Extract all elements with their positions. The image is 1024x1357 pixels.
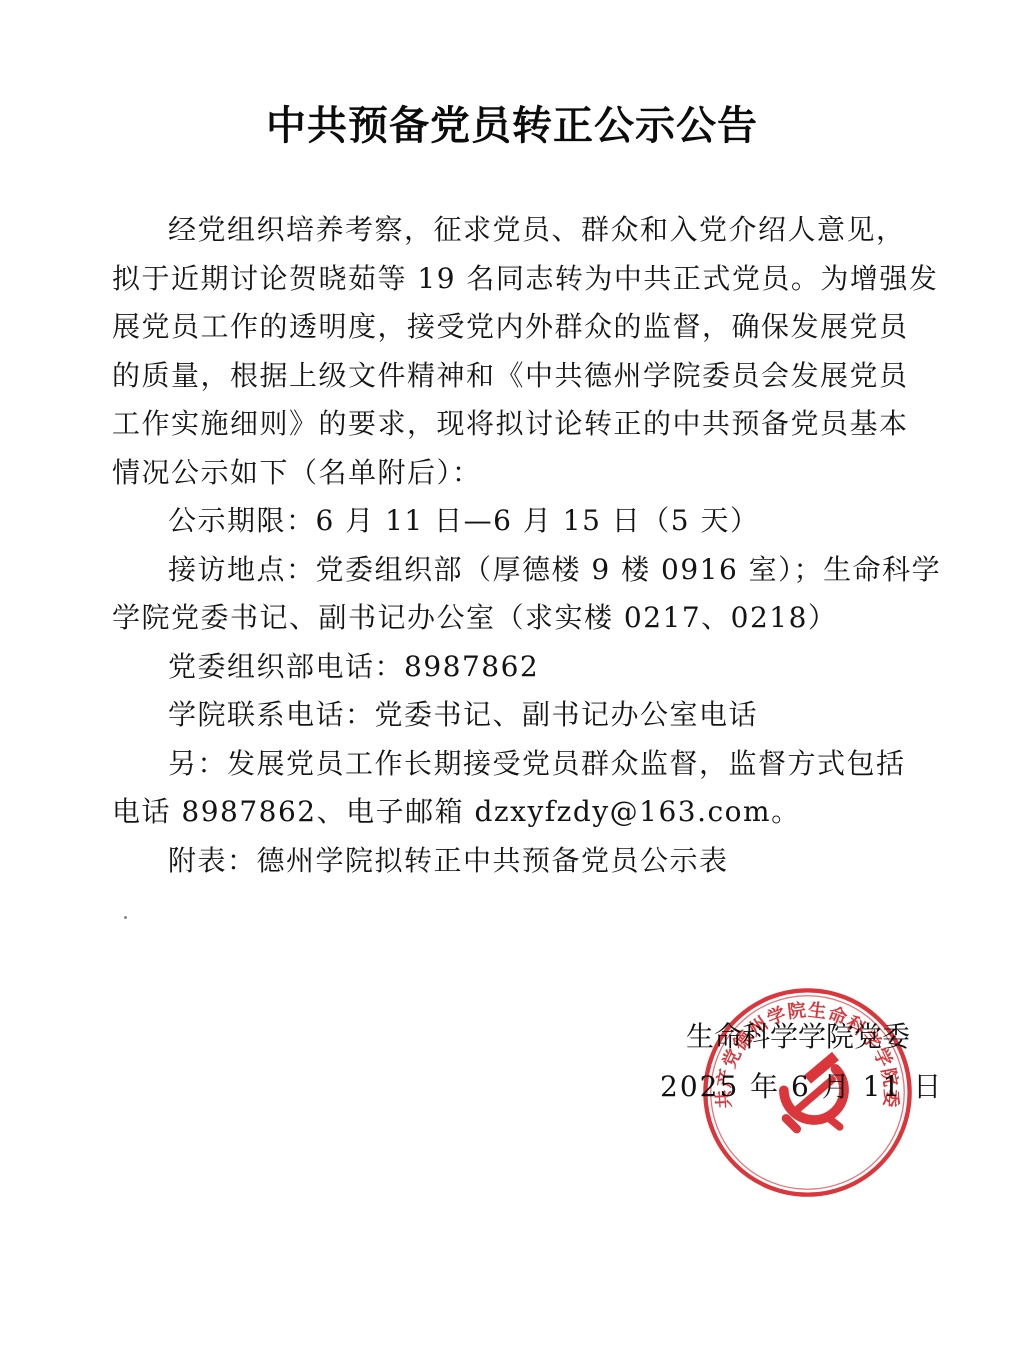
supervision-paragraph: 另：发展党员工作长期接受党员群众监督，监督方式包括 电话 8987862、电子邮… [112, 740, 912, 837]
issue-date: 2025 年 6 月 11 日 [660, 1062, 910, 1112]
document-page: 中共预备党员转正公示公告 经党组织培养考察，征求党员、群众和入党介绍人意见， 拟… [0, 0, 1024, 1357]
supervision-line: 电话 8987862、电子邮箱 dzxyfzdy@163.com。 [112, 788, 912, 837]
college-phone: 学院联系电话：党委书记、副书记办公室电话 [112, 691, 912, 740]
document-title: 中共预备党员转正公示公告 [0, 96, 1024, 156]
location-paragraph: 接访地点：党委组织部（厚德楼 9 楼 0916 室）；生命科学 学院党委书记、副… [112, 546, 912, 643]
intro-line: 拟于近期讨论贺晓茹等 19 名同志转为中共正式党员。为增强发 [112, 255, 912, 304]
issuer-name: 生命科学学院党委 [660, 1012, 910, 1062]
supervision-line: 另：发展党员工作长期接受党员群众监督，监督方式包括 [112, 740, 912, 789]
intro-line: 经党组织培养考察，征求党员、群众和入党介绍人意见， [112, 206, 912, 255]
intro-line: 情况公示如下（名单附后）： [112, 449, 912, 498]
intro-line: 工作实施细则》的要求，现将拟讨论转正的中共预备党员基本 [112, 400, 912, 449]
org-phone-paragraph: 党委组织部电话：8987862 [112, 643, 912, 692]
signature-block: 生命科学学院党委 2025 年 6 月 11 日 [660, 1012, 910, 1112]
period-paragraph: 公示期限：6 月 11 日—6 月 15 日（5 天） [112, 497, 912, 546]
location-line: 学院党委书记、副书记办公室（求实楼 0217、0218） [112, 594, 912, 643]
location-line: 接访地点：党委组织部（厚德楼 9 楼 0916 室）；生命科学 [112, 546, 912, 595]
college-phone-paragraph: 学院联系电话：党委书记、副书记办公室电话 [112, 691, 912, 740]
attachment-note: 附表：德州学院拟转正中共预备党员公示表 [112, 837, 912, 886]
document-body: 经党组织培养考察，征求党员、群众和入党介绍人意见， 拟于近期讨论贺晓茹等 19 … [112, 206, 912, 885]
org-phone: 党委组织部电话：8987862 [112, 643, 912, 692]
intro-line: 展党员工作的透明度，接受党内外群众的监督，确保发展党员 [112, 303, 912, 352]
intro-paragraph: 经党组织培养考察，征求党员、群众和入党介绍人意见， 拟于近期讨论贺晓茹等 19 … [112, 206, 912, 497]
publicity-period: 公示期限：6 月 11 日—6 月 15 日（5 天） [112, 497, 912, 546]
scan-speck [124, 916, 127, 919]
intro-line: 的质量，根据上级文件精神和《中共德州学院委员会发展党员 [112, 352, 912, 401]
attachment-paragraph: 附表：德州学院拟转正中共预备党员公示表 [112, 837, 912, 886]
